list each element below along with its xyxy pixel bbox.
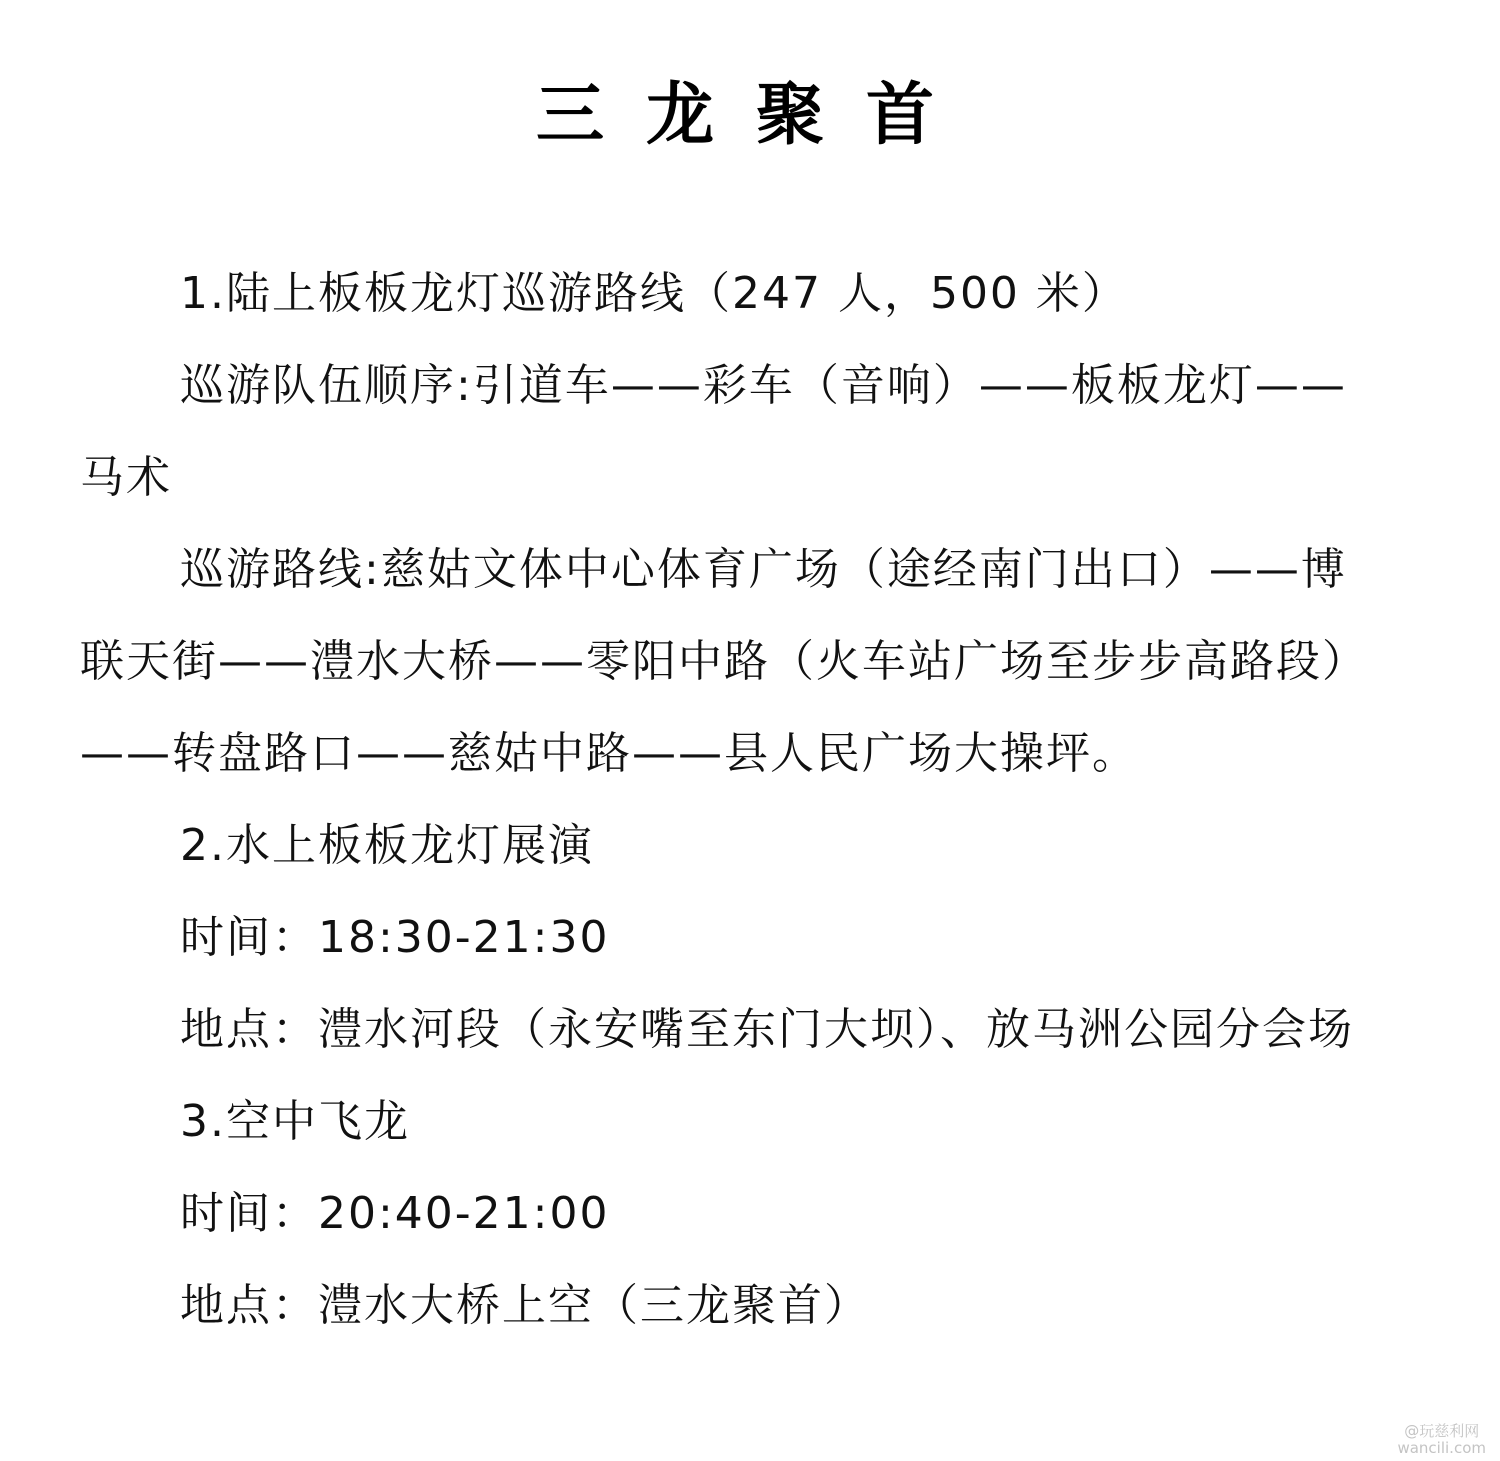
- parade-order-line-1: 巡游队伍顺序:引道车——彩车（音响）——板板龙灯——: [80, 340, 1440, 432]
- parade-route-line-2: 联天街——澧水大桥——零阳中路（火车站广场至步步高路段）: [80, 616, 1440, 708]
- section-2-time: 时间：18:30-21:30: [80, 892, 1440, 984]
- section-2-place: 地点：澧水河段（永安嘴至东门大坝）、放马洲公园分会场: [80, 984, 1440, 1076]
- section-3-heading: 3.空中飞龙: [80, 1076, 1440, 1168]
- watermark: @玩慈利网 wancili.com: [1397, 1423, 1486, 1457]
- watermark-url: wancili.com: [1397, 1440, 1486, 1457]
- parade-route-line-1: 巡游路线:慈姑文体中心体育广场（途经南门出口）——博: [80, 524, 1440, 616]
- parade-route-line-3: ——转盘路口——慈姑中路——县人民广场大操坪。: [80, 708, 1440, 800]
- section-2-heading: 2.水上板板龙灯展演: [80, 800, 1440, 892]
- document-title: 三龙聚首: [0, 70, 1500, 160]
- watermark-site-name: @玩慈利网: [1397, 1423, 1486, 1440]
- section-3-place: 地点：澧水大桥上空（三龙聚首）: [80, 1260, 1440, 1352]
- parade-order-line-2: 马术: [80, 432, 1440, 524]
- document-body: 1.陆上板板龙灯巡游路线（247 人，500 米） 巡游队伍顺序:引道车——彩车…: [80, 248, 1440, 1352]
- section-3-time: 时间：20:40-21:00: [80, 1168, 1440, 1260]
- section-1-heading: 1.陆上板板龙灯巡游路线（247 人，500 米）: [80, 248, 1440, 340]
